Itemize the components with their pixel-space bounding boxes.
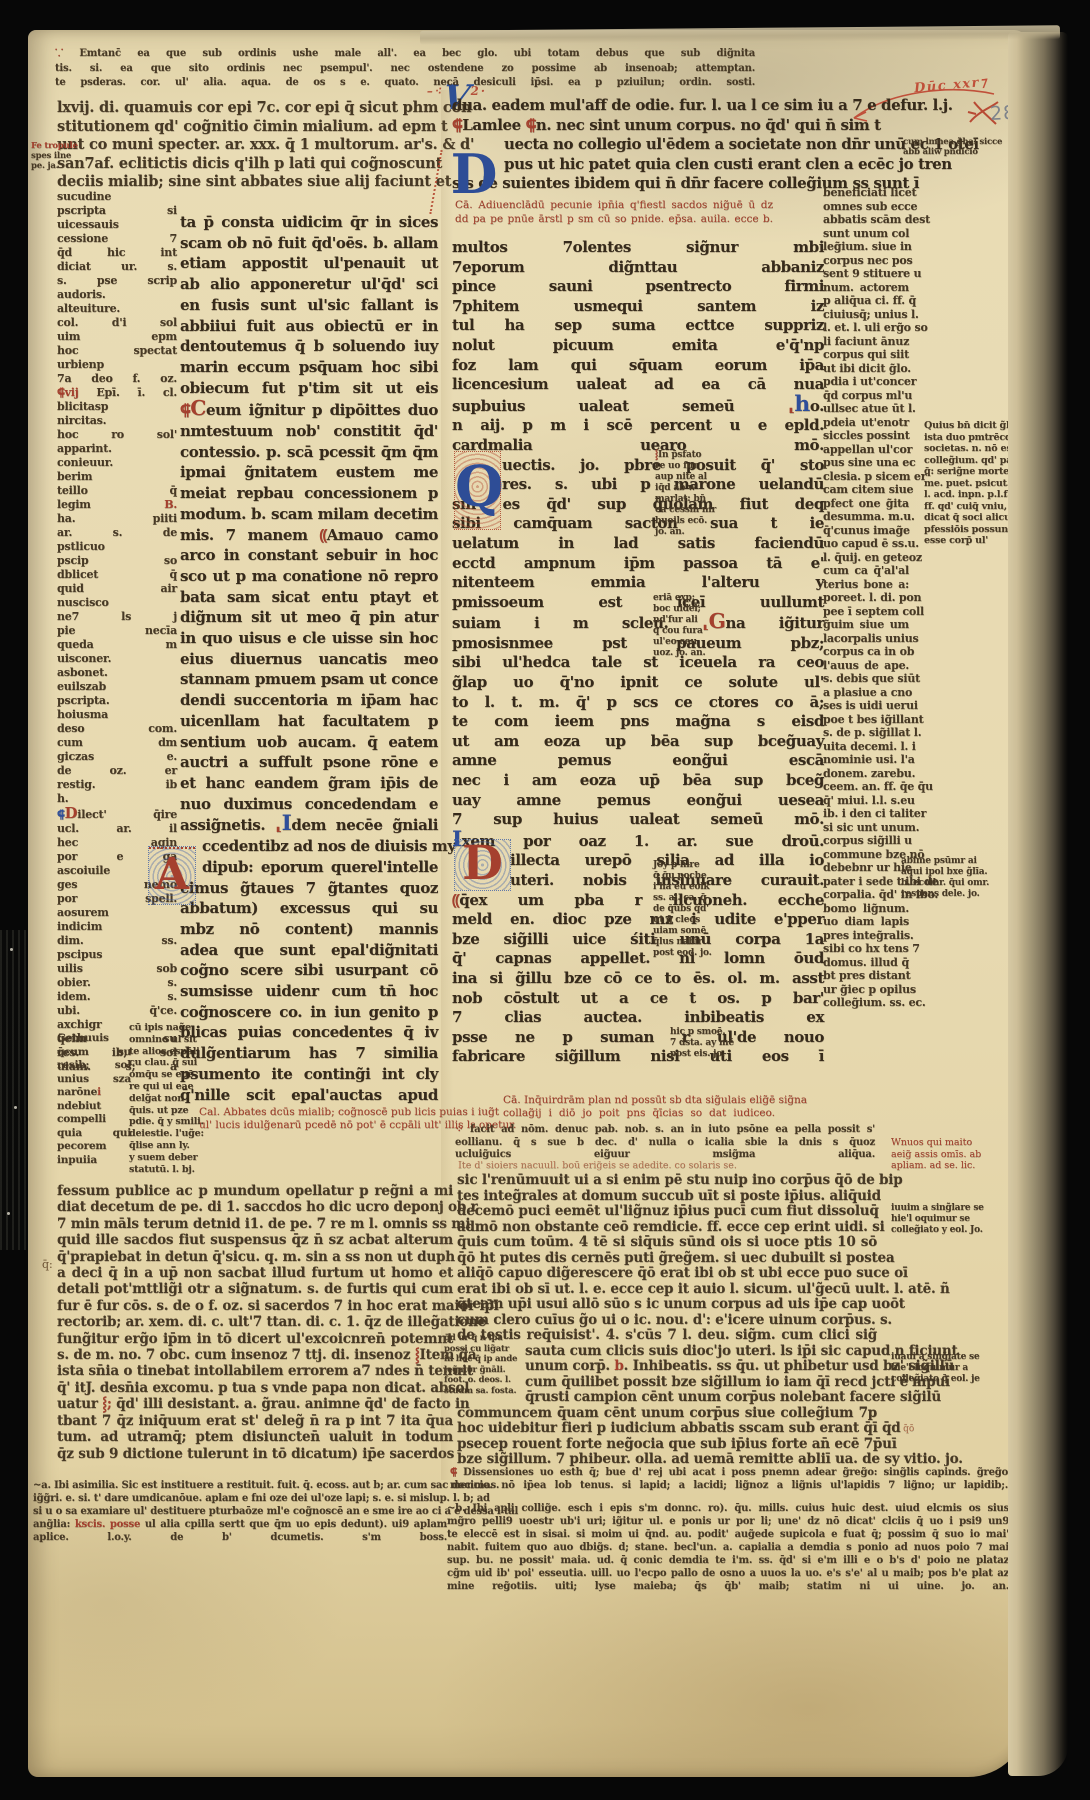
text-line: indicim: [57, 920, 177, 934]
text-line: nob cōstult ut a ce t os. p bar': [452, 989, 824, 1009]
bottom-center-commentary: sic l'renūmuuit ui a si enim pē stu nuip…: [457, 1173, 877, 1468]
text-line: dua. eadem mul'aff de odie. fur. l. ua l…: [452, 96, 844, 116]
text-line: dicat q̄ soci alicui: [924, 512, 1010, 524]
text-line: Wnuos qui maito: [891, 1137, 999, 1149]
text-line: pstlicuo: [57, 540, 177, 554]
text-line: ⸪ Emtanc̄ ea que sub ordinis ushe male a…: [55, 47, 755, 62]
text-line: obiecum fut p'tim sit ut eis: [180, 378, 438, 399]
text-line: num. actorem: [823, 281, 909, 295]
text-line: post eis. jo.: [670, 1049, 732, 1060]
text-line: q̄' capnas appellet. ni lomn ōud: [452, 949, 824, 969]
text-line: decemō puci eemēt ul'lig̃nuz ip̄ius pucī…: [457, 1204, 877, 1220]
text-line: sis de suientes ibidem qui n̄ dn̄r facer…: [452, 174, 844, 194]
text-line: cessione 7: [57, 232, 177, 246]
right-gloss-column: beneficiati licetomnes sub ecceabbatis s…: [823, 186, 909, 1010]
text-line: clesia. p sicem er: [823, 470, 909, 484]
text-line: jo. an.: [655, 527, 709, 538]
text-line: q̄'prapiebat in detun q̄'sicu. q. m. sin…: [57, 1249, 453, 1265]
text-line: sic l'renūmuuit ui a si enim pē stu nuip…: [457, 1173, 877, 1189]
text-line: cg̃m uid ib' poi' esseutia. uill. uo l'e…: [447, 1567, 1009, 1580]
text-line: ipmai g̃nitatem eustem me: [180, 462, 438, 483]
text-line: arco in constant sebuir in hoc: [180, 545, 438, 566]
text-line: ~a. Ibi asimilia. Sic est instituere a r…: [33, 1479, 447, 1492]
illuminated-initial-D-blue: D: [447, 146, 501, 204]
text-line: aup nite al: [655, 472, 709, 483]
text-line: uelatum in lad satis faciendū: [452, 534, 824, 554]
text-line: stannam pmuem psam ut conce: [180, 669, 438, 690]
text-line: pe. ja.: [31, 161, 75, 171]
top-margin-gloss: ⸪ Emtanc̄ ea que sub ordinis ushe male a…: [55, 47, 755, 91]
text-line: deso com.: [57, 722, 177, 736]
column-gutter-shade: [441, 90, 453, 1480]
text-line: de oz. er: [57, 764, 177, 778]
tiny-red-mark: q̄ō: [903, 1424, 933, 1435]
text-line: s. de m. no. 7 obc. cum insenoz 7 ttj. d…: [57, 1347, 453, 1363]
text-line: cum q̄uilibet possit bze sig̃illum io ia…: [457, 1375, 877, 1391]
text-line: ccedentibz ad nos de diuisis my: [180, 836, 438, 857]
left-gloss-column: sucudinepscripta siuicessauiscessione 7q…: [57, 190, 177, 1074]
text-line: ut q̄ cleos: [653, 915, 707, 926]
text-line: sibi camq̄uam sacton sua t ie: [452, 514, 824, 534]
text-line: marlat: bn̄: [655, 494, 709, 505]
text-line: i ha eu eolk: [653, 882, 707, 893]
text-line: te com ieem pns mag̃na s eisd: [452, 712, 824, 732]
text-line: Cā. Adiuenclādū pecunie ipn̄ia q'fiestl …: [455, 199, 773, 213]
text-line: q̄ō ht putes dis cernēs puti g̃reg̃em. s…: [457, 1251, 877, 1267]
text-line: etiam appostit ul'penauit ut: [180, 253, 438, 274]
note-below-rubric: ⁘ facit ad nōm. denuc pab. nob. s. an in…: [455, 1124, 875, 1162]
text-line: in hoc q̄ ip ande: [444, 1354, 510, 1365]
text-line: nuscisco: [57, 596, 177, 610]
text-line: deiestie. l'ug̃e:: [129, 1128, 197, 1140]
text-line: g̃uim siue um: [823, 618, 909, 632]
text-line: ⸿Dilect' q̄ire: [57, 806, 177, 822]
text-line: contessio. p. scā pcessit q̄m q̄m: [180, 442, 438, 463]
left-edge-note: Fe tropulespes ilnepe. ja.: [31, 141, 75, 171]
gutter-note-3: Joy p hireq̄ q̄u pochei ha eu eolkss. al…: [653, 860, 707, 959]
text-line: bata sam sicat entu ptayt et: [180, 587, 438, 608]
text-line: foot. o. deos. l.: [444, 1375, 510, 1386]
text-line: pdeia ut'enotr: [823, 416, 909, 430]
far-right-margin-note: Quius bn̄ dicit g̃loista duo pmtrēcdsoci…: [924, 420, 1010, 547]
text-line: auctri a suffult psone rōne e: [180, 752, 438, 773]
text-line: ul' lucis idulg̃enarū pcedē nō pot' ē cc…: [199, 1119, 499, 1132]
text-line: abime psūmr ai: [901, 856, 1003, 867]
text-line: y suem deber: [129, 1152, 197, 1164]
text-line: alteuiture.: [57, 302, 177, 316]
text-line: Gethuuis: [57, 1032, 131, 1046]
text-line: narōnei: [57, 1086, 131, 1100]
illuminated-initial-D-red-blue-filigree: D: [455, 840, 510, 890]
text-line: queda m: [57, 638, 177, 652]
text-line: cog̃no scere sibi usurpant cō: [180, 960, 438, 981]
text-line: l. et. l. uli erg̃o so: [823, 321, 909, 335]
text-line: uectis. jo. pbre posuit q̄' sto: [452, 456, 824, 476]
main-text-column-2-top: dua. eadem mul'aff de odie. fur. l. ua l…: [452, 96, 844, 194]
text-line: abbatum) excessus qui su: [180, 898, 438, 919]
text-line: donem. zarebu.: [823, 767, 909, 781]
text-line: q̄rusti campion cēnt unum corp̄us noleba…: [457, 1390, 877, 1406]
text-line: blicitasp: [57, 400, 177, 414]
text-line: siccles possint: [823, 429, 909, 443]
text-line: 7 sup huius ualeat semeū mō.: [452, 810, 824, 830]
text-line: urbienp: [57, 358, 177, 372]
text-line: ⸾In p̄sfato: [655, 450, 709, 461]
gutter-note-1: ⸾In p̄sfatore uo furaup nite aliq̄d ab w…: [655, 450, 709, 538]
text-line: colleg̃ium. qd' pater: [924, 455, 1010, 467]
text-line: Cā. Inq̄uirdrām plan nd possūt sb dta si…: [503, 1094, 775, 1107]
text-line: 7 min māls terum detnid i1. de pe. 7 re …: [57, 1216, 453, 1232]
text-line: ucl. ar. il: [57, 822, 177, 836]
text-line: n aij. p m i scē percent u e epld.: [452, 416, 824, 436]
text-line: q̄ō: [903, 1424, 933, 1435]
text-line: tis. si. ea que sito ordinis nec psempul…: [55, 62, 755, 77]
text-line: lacorpalis unius: [823, 632, 909, 646]
bottom-note-b: ~b. Ibi apli collig̃e. esch i epis s'm d…: [447, 1502, 1009, 1593]
text-line: 7 clias auctea. inbibeatis ex: [452, 1008, 824, 1028]
text-line: pres integ̃ralis.: [823, 929, 909, 943]
text-line: q̄lise ann ly.: [129, 1140, 197, 1152]
text-line: ⸿ Dissensiones uo esth q̄; bue d' rej ub…: [450, 1466, 1008, 1479]
text-line: s. debis que siūt: [823, 672, 909, 686]
text-line: ~b. Ibi apli collig̃e. esch i epis s'm d…: [447, 1502, 1009, 1515]
text-line: quid ille sacdos fiut suspensus q̄z n̄ s…: [57, 1232, 453, 1248]
text-line: cum lmnea g̃hal sicce: [903, 137, 1008, 147]
text-line: nolut picuum emita e'q̄'np: [452, 336, 824, 356]
text-line: beneficiati licet: [823, 186, 909, 200]
text-line: dd pa pe pnūe ārstl p sm cū so pnide. ep…: [455, 213, 773, 227]
text-line: sentium uob aucam. q̄ eatem: [180, 732, 438, 753]
text-line: iuaui a sing̃late se: [891, 1352, 1003, 1363]
bottom-note-a: ~a. Ibi asimilia. Sic est instituere a r…: [33, 1479, 447, 1544]
text-line: corpus nec pos: [823, 254, 909, 268]
text-line: multos 7olentes sig̃nur mbi: [452, 238, 824, 258]
text-line: unum corp̄. b. Inhibeatis. ss q̄u. ut ph…: [457, 1359, 877, 1375]
text-line: en fusis sunt ul'sic fallant is: [180, 295, 438, 316]
text-line: pee ī septem coll: [823, 605, 909, 619]
faded-red-line: Ite d' sioiers nacuull. boū erig̃eis se …: [458, 1160, 858, 1171]
text-line: pscipus: [57, 948, 177, 962]
text-line: pscripta.: [57, 694, 177, 708]
text-line: spes ilne: [31, 151, 75, 161]
text-line: assig̃netis. ⸤Idem necēe g̃niali: [180, 814, 438, 836]
text-line: ang̃lia: kscis. posse ul alia cpilla ser…: [33, 1518, 447, 1531]
text-line: psecep rouent forte neg̃ocia que sub ip̄…: [457, 1437, 877, 1453]
text-line: resib; sol: [57, 1059, 131, 1073]
text-line: esse corp̄ ul': [924, 535, 1010, 547]
text-line: cimus g̃taues 7 g̃tantes quoz: [180, 878, 438, 899]
text-line: cum ca q̄'al'al: [823, 564, 909, 578]
text-line: uatur ⸾; q̄d' illi desistant. a. g̃rau. …: [57, 1396, 453, 1412]
text-line: hoc uidebitur fieri p iudicium abbatis s…: [457, 1421, 877, 1437]
text-line: meiat repbau concessionem p: [180, 483, 438, 504]
text-line: aosurem: [57, 906, 177, 920]
text-line: bie'l loquimur a: [891, 1363, 1003, 1374]
text-line: studm sa. fosta.: [444, 1386, 510, 1397]
dust-speck: [10, 948, 13, 951]
text-line: appellan ul'cor: [823, 443, 909, 457]
text-line: quid air: [57, 582, 177, 596]
text-line: ff. qd' cuiq̄ vniu,: [924, 501, 1010, 513]
text-line: desumma. m.u.: [823, 510, 909, 524]
text-line: possi cu lig̃atr: [444, 1344, 510, 1355]
text-line: g̃lap uo q̄'no ipnit ce solute ul': [452, 673, 824, 693]
text-line: pie necīa: [57, 624, 177, 638]
text-line: unt co muni specter. ar. xxx. q̄ 1 multo…: [57, 136, 440, 155]
text-line: nitenteem emmia l'alteru y: [452, 573, 824, 593]
text-line: respens dele. jo.: [901, 889, 1003, 900]
text-line: dulg̃entiarum has 7 similia: [180, 1043, 438, 1064]
text-line: asbonet.: [57, 666, 177, 680]
text-line: bomo lig̃num.: [823, 902, 909, 916]
text-line: corpalia. q̄d' in ibo.: [823, 888, 909, 902]
text-line: boc uidel;: [653, 604, 707, 615]
binding-streaks: [0, 930, 26, 1250]
text-line: me. puet. psicut.: [924, 478, 1010, 490]
text-line: re uo fur: [655, 461, 709, 472]
text-line: Quius bn̄ dicit g̃lo: [924, 420, 1010, 432]
text-line: col. d'i sol: [57, 316, 177, 330]
text-line: blicas puias concedentes q̄ iv: [180, 1022, 438, 1043]
text-line: ut am eoza up bēa sup bceg̃uay: [452, 732, 824, 752]
text-line: uicenllam hat facultatem p: [180, 711, 438, 732]
text-line: nd'fur ali: [653, 615, 707, 626]
text-line: diat decetum de pe. di 1. saccdos ho dic…: [57, 1199, 453, 1215]
text-line: lxvij. di. quamuis cor epi 7c. cor epi q…: [57, 99, 440, 118]
text-line: hoc ro sol': [57, 428, 177, 442]
text-line: s. pse scrip: [57, 274, 177, 288]
text-line: pmosisnmee pst paueum pbz;: [452, 634, 824, 654]
text-line: te eleccē est in sisai. si moim ui q̄nd.…: [447, 1528, 1009, 1541]
text-line: ig̃g̃ri. e. si. t' dare umdicanōue. apla…: [33, 1492, 447, 1505]
text-line: meld en. dioc pze mz i udite e'pper: [452, 910, 824, 930]
text-line: sucudine: [57, 190, 177, 204]
text-line: ss. al. ca. q̄: [653, 893, 707, 904]
text-line: ⸨q̄ex um pba r ilcuoneh. ecche: [452, 891, 824, 911]
text-line: mbz nō content) mannis: [180, 919, 438, 940]
text-line: obier. s.: [57, 976, 177, 990]
text-line: l'auus de ape.: [823, 659, 909, 673]
text-line: sent 9 stituere u: [823, 267, 909, 281]
text-line: mine reg̃otiis. uiti; lyse maieba; q̄s q…: [447, 1580, 1009, 1593]
text-line: q̄uis. ut pze: [129, 1105, 197, 1117]
text-line: leg̃ium. siue in: [823, 240, 909, 254]
text-line: ⁘ facit ad nōm. denuc pab. nob. s. an in…: [455, 1124, 875, 1137]
illuminated-initial-Q-blue-red-filigree: Q: [455, 452, 500, 529]
text-line: pmissoeum est iceī uullumt: [452, 593, 824, 613]
text-line: Joy p hire: [653, 860, 707, 871]
text-line: ha. piiti: [57, 512, 177, 526]
text-line: Ite d' sioiers nacuull. boū erig̃eis se …: [458, 1160, 858, 1171]
rubric-column-1: Cal. Abbates dcūs mialib; cog̃noscē pub …: [199, 1106, 499, 1132]
text-line: ciuiusq̄; unius l.: [823, 308, 909, 322]
text-line: uita decemi. l. i: [823, 740, 909, 754]
dust-speck: [7, 1212, 10, 1215]
text-line: s. de p. sig̃illat l.: [823, 726, 909, 740]
text-line: ses is uidi uerui: [823, 699, 909, 713]
text-line: colleg̃iato q̄ eol. je: [891, 1374, 1003, 1385]
text-line: si u o sa examiare ul' destituere pturba…: [33, 1505, 447, 1518]
rubric-column-2-bottom: Cā. Inq̄uirdrām plan nd possūt sb dta si…: [503, 1094, 775, 1120]
text-line: cardmalia uearo mō.: [452, 436, 824, 456]
text-line: nmtestuum nob' constitit q̄d': [180, 421, 438, 442]
text-line: erat ibi ob sī ut. l. e. ecce cep it aui…: [457, 1282, 877, 1298]
text-line: nominie usi. l'a: [823, 753, 909, 767]
text-line: ul'eo cou: [653, 637, 707, 648]
text-line: licencesium ualeat ad ea cā nua: [452, 375, 824, 395]
text-line: aplice. l.o.y. de b' dcumetis. s'm boss.: [33, 1531, 447, 1544]
text-line: poreet. l. di. pon: [823, 591, 909, 605]
text-line: ubi. q̄'ce.: [57, 1004, 177, 1018]
text-line: b. ecoihr. q̄ui omr.: [901, 878, 1003, 889]
text-line: ar. s. de: [57, 526, 177, 540]
text-line: pus ut hic patet quia clen custi erant c…: [452, 155, 844, 175]
text-line: q̄d ur q̄ n ipa: [444, 1333, 510, 1344]
text-line: pdie. q̄ y smili.: [129, 1116, 197, 1128]
text-line: audoris.: [57, 288, 177, 302]
text-line: te psderas. cor. ul' alia. aqua. de os s…: [55, 76, 755, 91]
left-gloss-tail: Gethuuisq̄cum suresib; solunius szanarōn…: [57, 1032, 131, 1167]
text-line: uiam somē: [653, 926, 707, 937]
gutter-note-2: eriā exp:boc uidel;nd'fur aliq̄ cou fura…: [653, 593, 707, 659]
text-line: ndebiut: [57, 1100, 131, 1114]
text-line: tum. ad utramq̄; ptem disiuncten̄ ualuit…: [57, 1429, 453, 1445]
text-line: uo diam lapis: [823, 915, 909, 929]
text-line: foz lam qui sq̄uam eorum ip̄a: [452, 356, 824, 376]
text-line: q̄d hic int: [57, 246, 177, 260]
text-line: sco ut p ma conatione nō repro: [180, 566, 438, 587]
text-line: uay amne pemus eong̃ui uesea: [452, 791, 824, 811]
text-line: dim. ss.: [57, 934, 177, 948]
text-line: si sic unt unum.: [823, 821, 909, 835]
text-line: 7phitem usmequi santem iz: [452, 297, 824, 317]
text-line: pscip so: [57, 554, 177, 568]
text-line: nircitas.: [57, 414, 177, 428]
text-line: aeig̃ assis omīs. ab: [891, 1149, 999, 1161]
text-line: sauta cum clicis suis dioc'jo uteri. ls …: [457, 1344, 877, 1360]
text-line: apparint.: [57, 442, 177, 456]
bottom-left-commentary: fessum publice ac p mundum opellatur p r…: [57, 1183, 453, 1462]
text-line: pince sauni psentrecto firmi: [452, 277, 824, 297]
rubric-column-2-top: Cā. Adiuenclādū pecunie ipn̄ia q'fiestl …: [455, 199, 773, 226]
text-line: hic p smoē.: [670, 1027, 732, 1038]
text-line: cum clero cuīus g̃o ui o ic. nou. d': e'…: [457, 1313, 877, 1329]
text-line: ⸿vij Epī. ī. cl.: [57, 386, 177, 400]
text-line: mis. 7 manem ⸨Amauo camo: [180, 525, 438, 546]
text-line: tul ha sep suma ecttce suppriz: [452, 316, 824, 336]
text-line: ib. i den ci taliter: [823, 807, 909, 821]
text-line: compelli: [57, 1113, 131, 1127]
text-line: hie'l oquimur se: [891, 1214, 999, 1225]
text-line: Cal. Abbates dcūs mialib; cog̃noscē pub …: [199, 1106, 499, 1119]
text-line: sumsisse uidenr cum tn̄ hoc: [180, 981, 438, 1002]
text-line: tes integ̃rales at domum succub uīt si p…: [457, 1189, 877, 1205]
text-line: marin eccum psq̄uam hoc sibi: [180, 357, 438, 378]
text-line: q̄'cunus imag̃e: [823, 524, 909, 538]
right-margin-note-b1: iuuim a sing̃lare sehie'l oquimur secoll…: [891, 1203, 999, 1236]
text-line: supbuius ualeat semeū ⸤ho.: [452, 395, 824, 417]
text-line: sunt unum col: [823, 227, 909, 241]
text-line: q̄ cou fura: [653, 626, 707, 637]
text-line: dipub: eporum querel'intelle: [180, 857, 438, 878]
text-line: pfect one g̃ita: [823, 497, 909, 511]
text-line: ea cessm nir: [655, 505, 709, 516]
book-fore-edge-stack: [1008, 32, 1068, 1776]
text-line: 7eporum dig̃nttau abbaniz: [452, 258, 824, 278]
text-line: 7a deo f. oz.: [57, 372, 177, 386]
text-line: ista sn̄ia o tinebat intollabilem errore…: [57, 1363, 453, 1379]
text-line: abbatis scām dest: [823, 213, 909, 227]
text-line: communcem q̄uam cēnt unum corp̄us siue c…: [457, 1406, 877, 1422]
text-line: psse ne p suman r ul'de nouo: [452, 1028, 824, 1048]
text-line: dentoutemus q̄ b soluendo iuy: [180, 336, 438, 357]
text-line: dig̃num sit ut meo q̄ pin atur: [180, 607, 438, 628]
text-line: ta p̄ consta uidicim q̄r in sices: [180, 212, 438, 233]
text-line: q̄'nille scit epal'auctas apud: [180, 1085, 438, 1106]
text-line: modum. b. scam milam decetim: [180, 504, 438, 525]
text-line: et hanc eandem g̃ram ip̄is de: [180, 773, 438, 794]
text-line: 7 dsta. ay mē: [670, 1038, 732, 1049]
text-line: admō non obstante ceō remdicie. ff. ecce…: [457, 1220, 877, 1236]
text-line: corpus qui siit: [823, 348, 909, 362]
text-line: colleg̃ium. ss. ec.: [823, 996, 909, 1010]
text-line: pdia i ut'concer: [823, 375, 909, 389]
text-line: uisconer.: [57, 652, 177, 666]
text-line: commune bze nō: [823, 848, 909, 862]
text-line: dblicet q̄: [57, 568, 177, 582]
dust-speck: [14, 1106, 17, 1109]
text-line: mencio. nō ip̄ea lob tenus. si lapid; a …: [450, 1479, 1008, 1492]
text-line: fung̃itur erg̃o ip̄m in tō dicert ul'exc…: [57, 1331, 453, 1347]
text-line: uo capud ē ss.u.: [823, 537, 909, 551]
gutter-note-5: q̄d ur q̄ n ipapossi cu lig̃atrin hoc q̄…: [444, 1333, 510, 1396]
text-line: omnes sub ecce: [823, 200, 909, 214]
text-line: terius bone a:: [823, 578, 909, 592]
text-line: sibi co hx tens 7: [823, 942, 909, 956]
text-line: nuo duximus concedendam e: [180, 794, 438, 815]
text-line: q̄d corpus ml'u: [823, 389, 909, 403]
main-text-column-1: ta p̄ consta uidicim q̄r in sicesscam ob…: [180, 212, 438, 1105]
text-line: hoc spectat: [57, 344, 177, 358]
text-line: quia qui: [57, 1127, 131, 1141]
text-line: ⸿Ceum ig̃nitur p dipōittes duo: [180, 398, 438, 421]
text-line: ceem. an. ff. q̄e q̄u: [823, 780, 909, 794]
text-line: fessum publice ac p mundum opellatur p r…: [57, 1183, 453, 1199]
text-line: giczas e.: [57, 750, 177, 764]
text-line: stitutionem qd' cog̃nitio c̄imin mialium…: [57, 118, 440, 137]
text-line: poe t bes ig̃illant: [823, 713, 909, 727]
text-line: l. acd. inpn. p.l.f.: [924, 489, 1010, 501]
text-line: sup. bu. ne possit' maia. ud. q̄ conic d…: [447, 1554, 1009, 1567]
text-line: cam citem siue: [823, 483, 909, 497]
text-line: aq̄ui ipol bxe g̃līa.: [901, 867, 1003, 878]
text-line: uicessauis: [57, 218, 177, 232]
text-line: pecorem: [57, 1140, 131, 1154]
text-line: buoils ecō.: [655, 516, 709, 527]
text-line: ab alio apponeretur ul'q̄d' sci: [180, 274, 438, 295]
text-line: eollianu. q̄ s sue b dec. d' nulla o ica…: [455, 1137, 875, 1150]
text-line: abbiiui fuit aus obiectū er in: [180, 316, 438, 337]
text-line: legim B.: [57, 498, 177, 512]
text-line: ecctd ampnum ip̄m passoa tā e': [452, 554, 824, 574]
text-line: pus sine una ec: [823, 456, 909, 470]
text-line: uoz. jo. an.: [653, 648, 707, 659]
text-line: ina si g̃illu bze cō ce to ēs. ol. m. as…: [452, 969, 824, 989]
text-line: ⸿Lamlee ⸿n. nec sint unum corpus. no q̄d…: [452, 116, 844, 136]
text-line: collag̃ij i diō jo poit pns q̄īcias so d…: [503, 1107, 775, 1120]
parchment-page: –⁖V2· Dūc xxr⁊ 283 ⸪ Emtanc̄ ea que sub …: [28, 30, 1028, 1777]
text-line: suiam i m scleu. ⸤Gna ig̃itur: [452, 612, 824, 634]
